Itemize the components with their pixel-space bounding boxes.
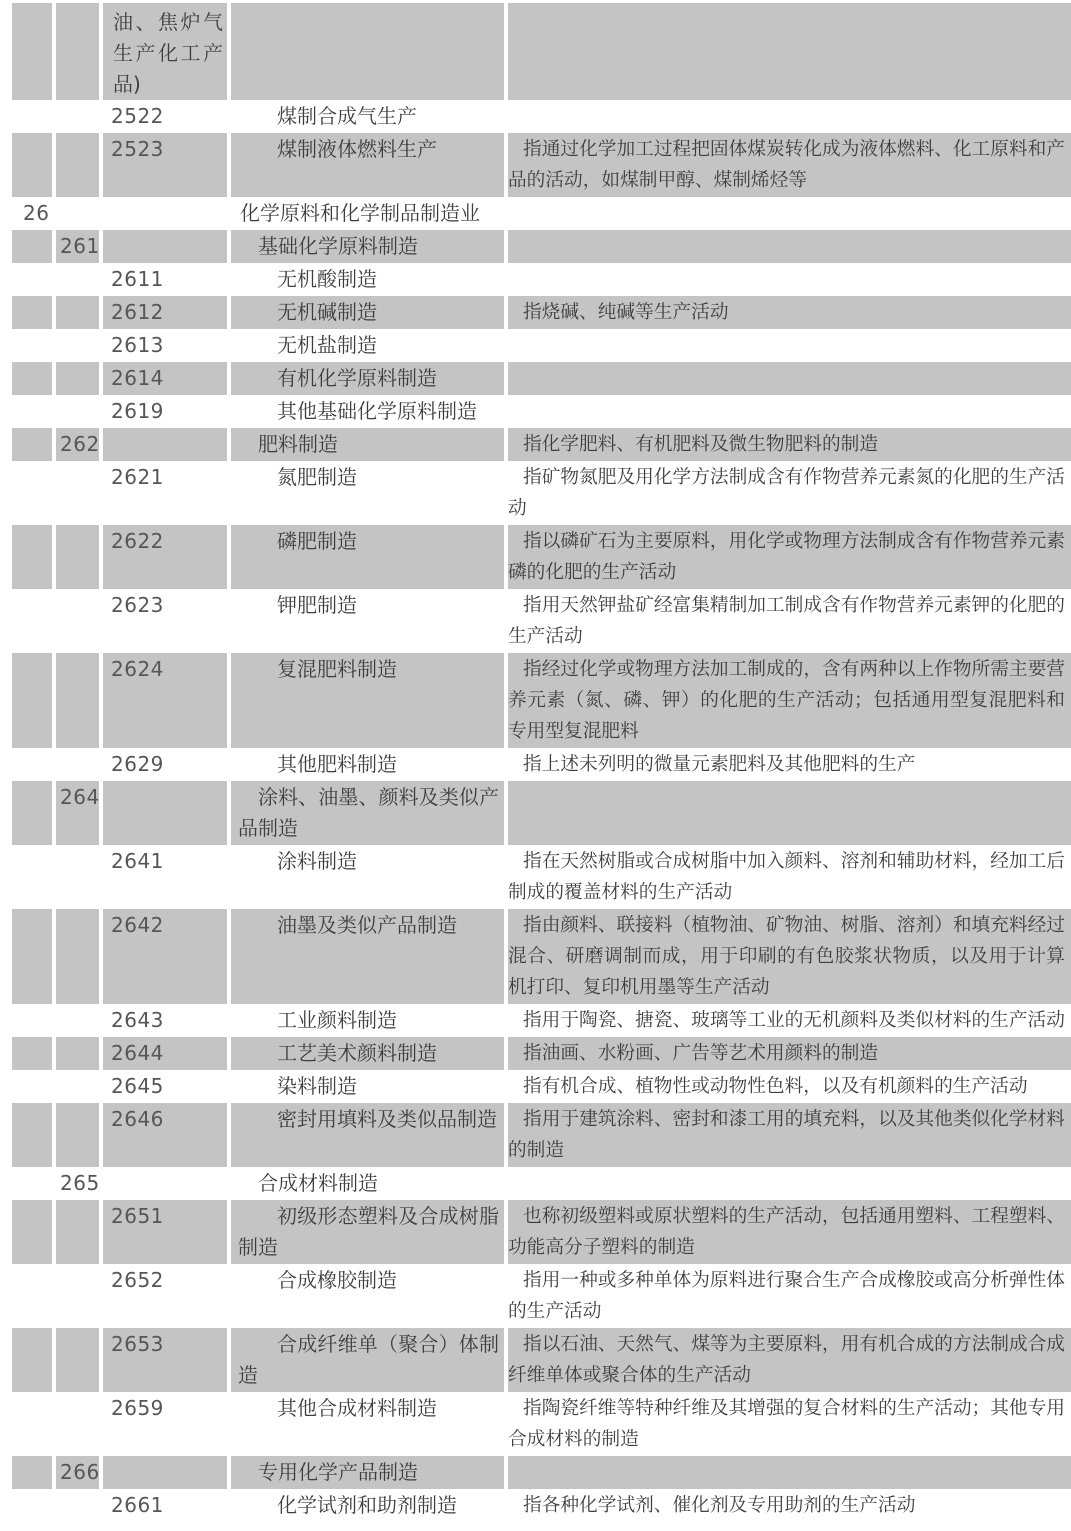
major-code-cell <box>12 748 52 781</box>
mid-code-cell <box>56 589 99 653</box>
table-row: 2612 无机碱制造 指烧碱、纯碱等生产活动 <box>0 296 1071 329</box>
category-name-cell: 煤制液体燃料生产 <box>231 133 504 197</box>
major-code-cell <box>12 1103 52 1167</box>
major-code-cell <box>12 781 52 845</box>
table-row: 2629 其他肥料制造 指上述未列明的微量元素肥料及其他肥料的生产 <box>0 748 1071 781</box>
major-code-cell: 26 <box>12 197 52 230</box>
category-name-cell: 磷肥制造 <box>231 525 504 589</box>
table-row: 2621 氮肥制造 指矿物氮肥及用化学方法制成含有作物营养元素氮的化肥的生产活动 <box>0 461 1071 525</box>
table-row: 2614 有机化学原料制造 <box>0 362 1071 395</box>
mid-code-cell <box>56 3 99 100</box>
description-cell: 指烧碱、纯碱等生产活动 <box>508 296 1071 329</box>
minor-code-cell <box>103 428 227 461</box>
category-name-cell: 钾肥制造 <box>231 589 504 653</box>
classification-table-page: 油、焦炉气生产化工产品) 2522 煤制合成气生产 2523 煤制液体燃料生产 … <box>0 0 1071 1531</box>
minor-code-cell: 2652 <box>103 1264 227 1328</box>
table-row: 2522 煤制合成气生产 <box>0 100 1071 133</box>
minor-code-cell: 2621 <box>103 461 227 525</box>
minor-code-cell: 2646 <box>103 1103 227 1167</box>
table-row: 油、焦炉气生产化工产品) <box>0 3 1071 100</box>
major-code-cell <box>12 1456 52 1489</box>
description-cell: 指在天然树脂或合成树脂中加入颜料、溶剂和辅助材料，经加工后制成的覆盖材料的生产活… <box>508 845 1071 909</box>
description-cell <box>508 100 1071 133</box>
mid-code-cell: 266 <box>56 1456 99 1489</box>
mid-code-cell <box>56 1070 99 1103</box>
table-row: 2622 磷肥制造 指以磷矿石为主要原料，用化学或物理方法制成含有作物营养元素磷… <box>0 525 1071 589</box>
mid-code-cell: 261 <box>56 230 99 263</box>
major-code-cell <box>12 329 52 362</box>
mid-code-cell <box>56 748 99 781</box>
category-name-cell: 肥料制造 <box>231 428 504 461</box>
mid-code-cell <box>56 1264 99 1328</box>
minor-code-cell: 2624 <box>103 653 227 748</box>
category-name-cell: 有机化学原料制造 <box>231 362 504 395</box>
mid-code-cell <box>56 395 99 428</box>
description-cell: 指以石油、天然气、煤等为主要原料，用有机合成的方法制成合成纤维单体或聚合体的生产… <box>508 1328 1071 1392</box>
mid-code-cell <box>56 1392 99 1456</box>
mid-code-cell <box>56 845 99 909</box>
description-cell <box>508 263 1071 296</box>
minor-code-cell <box>103 1167 227 1200</box>
category-name-cell: 氮肥制造 <box>231 461 504 525</box>
major-code-cell <box>12 461 52 525</box>
description-cell: 指用于建筑涂料、密封和漆工用的填充料，以及其他类似化学材料的制造 <box>508 1103 1071 1167</box>
description-cell <box>508 3 1071 100</box>
minor-code-cell: 2611 <box>103 263 227 296</box>
minor-code-cell <box>103 781 227 845</box>
description-cell: 指上述未列明的微量元素肥料及其他肥料的生产 <box>508 748 1071 781</box>
mid-code-cell <box>56 133 99 197</box>
mid-code-cell <box>56 1200 99 1264</box>
major-code-cell <box>12 100 52 133</box>
category-name-cell: 无机碱制造 <box>231 296 504 329</box>
minor-code-cell: 2644 <box>103 1037 227 1070</box>
mid-code-cell <box>56 329 99 362</box>
category-name-cell: 合成材料制造 <box>231 1167 504 1200</box>
description-cell <box>508 1167 1071 1200</box>
description-cell <box>508 362 1071 395</box>
minor-code-cell: 2642 <box>103 909 227 1004</box>
category-name-cell: 合成橡胶制造 <box>231 1264 504 1328</box>
table-row: 2619 其他基础化学原料制造 <box>0 395 1071 428</box>
mid-code-cell <box>56 1037 99 1070</box>
description-cell: 指油画、水粉画、广告等艺术用颜料的制造 <box>508 1037 1071 1070</box>
major-code-cell <box>12 230 52 263</box>
minor-code-cell <box>103 1456 227 1489</box>
table-row: 2661 化学试剂和助剂制造 指各种化学试剂、催化剂及专用助剂的生产活动 <box>0 1489 1071 1522</box>
category-name-cell: 涂料、油墨、颜料及类似产品制造 <box>231 781 504 845</box>
minor-code-cell: 油、焦炉气生产化工产品) <box>103 3 227 100</box>
mid-code-cell <box>56 653 99 748</box>
minor-code-cell: 2653 <box>103 1328 227 1392</box>
minor-code-cell: 2641 <box>103 845 227 909</box>
major-code-cell <box>12 362 52 395</box>
minor-code-cell: 2659 <box>103 1392 227 1456</box>
minor-code-cell: 2623 <box>103 589 227 653</box>
mid-code-cell <box>56 296 99 329</box>
description-cell: 指化学肥料、有机肥料及微生物肥料的制造 <box>508 428 1071 461</box>
major-code-cell <box>12 428 52 461</box>
description-cell <box>508 230 1071 263</box>
mid-code-cell: 264 <box>56 781 99 845</box>
description-cell: 指用于陶瓷、搪瓷、玻璃等工业的无机颜料及类似材料的生产活动 <box>508 1004 1071 1037</box>
category-name-cell: 其他合成材料制造 <box>231 1392 504 1456</box>
minor-code-cell: 2622 <box>103 525 227 589</box>
table-row: 26 化学原料和化学制品制造业 <box>0 197 1071 230</box>
category-name-cell: 化学原料和化学制品制造业 <box>231 197 504 230</box>
category-name-cell: 合成纤维单（聚合）体制造 <box>231 1328 504 1392</box>
minor-code-cell: 2643 <box>103 1004 227 1037</box>
description-cell: 指各种化学试剂、催化剂及专用助剂的生产活动 <box>508 1489 1071 1522</box>
major-code-cell <box>12 1200 52 1264</box>
mid-code-cell <box>56 362 99 395</box>
table-row: 266 专用化学产品制造 <box>0 1456 1071 1489</box>
category-name-cell: 复混肥料制造 <box>231 653 504 748</box>
major-code-cell <box>12 133 52 197</box>
table-row: 2642 油墨及类似产品制造 指由颜料、联接料（植物油、矿物油、树脂、溶剂）和填… <box>0 909 1071 1004</box>
description-cell <box>508 781 1071 845</box>
mid-code-cell <box>56 525 99 589</box>
major-code-cell <box>12 1392 52 1456</box>
major-code-cell <box>12 296 52 329</box>
table-row: 264 涂料、油墨、颜料及类似产品制造 <box>0 781 1071 845</box>
category-name-cell: 其他肥料制造 <box>231 748 504 781</box>
table-row: 2652 合成橡胶制造 指用一种或多种单体为原料进行聚合生产合成橡胶或高分析弹性… <box>0 1264 1071 1328</box>
description-cell: 指由颜料、联接料（植物油、矿物油、树脂、溶剂）和填充料经过混合、研磨调制而成，用… <box>508 909 1071 1004</box>
minor-code-cell: 2523 <box>103 133 227 197</box>
description-cell: 指经过化学或物理方法加工制成的，含有两种以上作物所需主要营养元素（氮、磷、钾）的… <box>508 653 1071 748</box>
table-row: 2613 无机盐制造 <box>0 329 1071 362</box>
minor-code-cell: 2522 <box>103 100 227 133</box>
category-name-cell: 工业颜料制造 <box>231 1004 504 1037</box>
description-cell <box>508 197 1071 230</box>
table-row: 2624 复混肥料制造 指经过化学或物理方法加工制成的，含有两种以上作物所需主要… <box>0 653 1071 748</box>
table-row: 2641 涂料制造 指在天然树脂或合成树脂中加入颜料、溶剂和辅助材料，经加工后制… <box>0 845 1071 909</box>
classification-table: 油、焦炉气生产化工产品) 2522 煤制合成气生产 2523 煤制液体燃料生产 … <box>0 3 1071 1522</box>
major-code-cell <box>12 909 52 1004</box>
table-row: 2644 工艺美术颜料制造 指油画、水粉画、广告等艺术用颜料的制造 <box>0 1037 1071 1070</box>
major-code-cell <box>12 3 52 100</box>
category-name-cell: 无机酸制造 <box>231 263 504 296</box>
category-name-cell: 专用化学产品制造 <box>231 1456 504 1489</box>
major-code-cell <box>12 589 52 653</box>
major-code-cell <box>12 1264 52 1328</box>
table-row: 2646 密封用填料及类似品制造 指用于建筑涂料、密封和漆工用的填充料，以及其他… <box>0 1103 1071 1167</box>
category-name-cell: 基础化学原料制造 <box>231 230 504 263</box>
table-row: 2623 钾肥制造 指用天然钾盐矿经富集精制加工制成含有作物营养元素钾的化肥的生… <box>0 589 1071 653</box>
category-name-cell: 涂料制造 <box>231 845 504 909</box>
category-name-cell: 油墨及类似产品制造 <box>231 909 504 1004</box>
table-row: 2659 其他合成材料制造 指陶瓷纤维等特种纤维及其增强的复合材料的生产活动；其… <box>0 1392 1071 1456</box>
description-cell: 指以磷矿石为主要原料，用化学或物理方法制成含有作物营养元素磷的化肥的生产活动 <box>508 525 1071 589</box>
major-code-cell <box>12 1004 52 1037</box>
table-row: 2645 染料制造 指有机合成、植物性或动物性色料，以及有机颜料的生产活动 <box>0 1070 1071 1103</box>
description-cell: 指矿物氮肥及用化学方法制成含有作物营养元素氮的化肥的生产活动 <box>508 461 1071 525</box>
table-row: 2643 工业颜料制造 指用于陶瓷、搪瓷、玻璃等工业的无机颜料及类似材料的生产活… <box>0 1004 1071 1037</box>
mid-code-cell: 262 <box>56 428 99 461</box>
description-cell: 指有机合成、植物性或动物性色料，以及有机颜料的生产活动 <box>508 1070 1071 1103</box>
minor-code-cell: 2629 <box>103 748 227 781</box>
mid-code-cell <box>56 1489 99 1522</box>
table-row: 262 肥料制造 指化学肥料、有机肥料及微生物肥料的制造 <box>0 428 1071 461</box>
major-code-cell <box>12 1167 52 1200</box>
table-row: 2523 煤制液体燃料生产 指通过化学加工过程把固体煤炭转化成为液体燃料、化工原… <box>0 133 1071 197</box>
table-row: 2611 无机酸制造 <box>0 263 1071 296</box>
description-cell <box>508 329 1071 362</box>
description-cell: 指陶瓷纤维等特种纤维及其增强的复合材料的生产活动；其他专用合成材料的制造 <box>508 1392 1071 1456</box>
description-cell: 指用天然钾盐矿经富集精制加工制成含有作物营养元素钾的化肥的生产活动 <box>508 589 1071 653</box>
mid-code-cell <box>56 1328 99 1392</box>
description-cell: 指通过化学加工过程把固体煤炭转化成为液体燃料、化工原料和产品的活动，如煤制甲醇、… <box>508 133 1071 197</box>
minor-code-cell: 2661 <box>103 1489 227 1522</box>
mid-code-cell: 265 <box>56 1167 99 1200</box>
major-code-cell <box>12 1489 52 1522</box>
minor-code-cell: 2612 <box>103 296 227 329</box>
mid-code-cell <box>56 197 99 230</box>
major-code-cell <box>12 525 52 589</box>
category-name-cell: 染料制造 <box>231 1070 504 1103</box>
major-code-cell <box>12 263 52 296</box>
category-name-cell: 无机盐制造 <box>231 329 504 362</box>
table-row: 2653 合成纤维单（聚合）体制造 指以石油、天然气、煤等为主要原料，用有机合成… <box>0 1328 1071 1392</box>
table-row: 261 基础化学原料制造 <box>0 230 1071 263</box>
mid-code-cell <box>56 461 99 525</box>
mid-code-cell <box>56 1103 99 1167</box>
category-name-cell: 初级形态塑料及合成树脂制造 <box>231 1200 504 1264</box>
major-code-cell <box>12 845 52 909</box>
description-cell <box>508 395 1071 428</box>
minor-code-cell: 2651 <box>103 1200 227 1264</box>
table-row: 2651 初级形态塑料及合成树脂制造 也称初级塑料或原状塑料的生产活动，包括通用… <box>0 1200 1071 1264</box>
minor-code-cell <box>103 230 227 263</box>
category-name-cell: 密封用填料及类似品制造 <box>231 1103 504 1167</box>
category-name-cell: 工艺美术颜料制造 <box>231 1037 504 1070</box>
major-code-cell <box>12 1070 52 1103</box>
mid-code-cell <box>56 1004 99 1037</box>
major-code-cell <box>12 1037 52 1070</box>
minor-code-cell: 2614 <box>103 362 227 395</box>
major-code-cell <box>12 653 52 748</box>
table-row: 265 合成材料制造 <box>0 1167 1071 1200</box>
major-code-cell <box>12 395 52 428</box>
description-cell: 指用一种或多种单体为原料进行聚合生产合成橡胶或高分析弹性体的生产活动 <box>508 1264 1071 1328</box>
minor-code-cell: 2613 <box>103 329 227 362</box>
mid-code-cell <box>56 263 99 296</box>
description-cell: 也称初级塑料或原状塑料的生产活动，包括通用塑料、工程塑料、功能高分子塑料的制造 <box>508 1200 1071 1264</box>
category-name-cell: 化学试剂和助剂制造 <box>231 1489 504 1522</box>
category-name-cell <box>231 3 504 100</box>
mid-code-cell <box>56 909 99 1004</box>
major-code-cell <box>12 1328 52 1392</box>
category-name-cell: 煤制合成气生产 <box>231 100 504 133</box>
minor-code-cell <box>103 197 227 230</box>
mid-code-cell <box>56 100 99 133</box>
category-name-cell: 其他基础化学原料制造 <box>231 395 504 428</box>
description-cell <box>508 1456 1071 1489</box>
minor-code-cell: 2619 <box>103 395 227 428</box>
minor-code-cell: 2645 <box>103 1070 227 1103</box>
